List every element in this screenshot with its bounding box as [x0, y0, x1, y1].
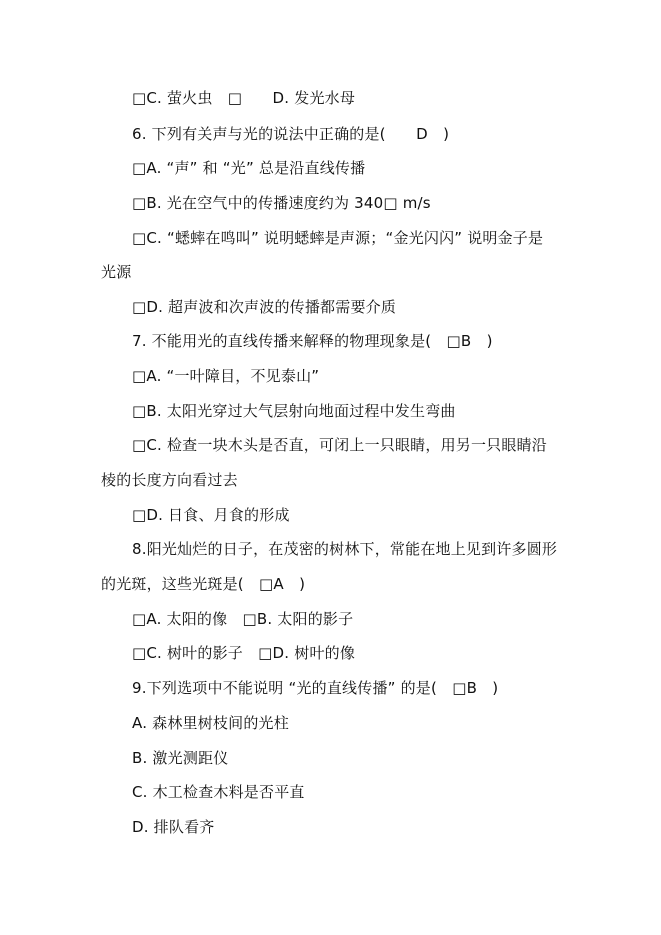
q6-option-a: □A. “声” 和 “光” 总是沿直线传播: [132, 158, 365, 178]
question-8-line2: 的光斑，这些光斑是( □A ): [101, 574, 305, 594]
q7-option-c-line2: 棱的长度方向看过去: [101, 470, 238, 490]
q7-option-c-line1: □C. 检查一块木头是否直，可闭上一只眼睛，用另一只眼睛沿: [132, 435, 547, 455]
question-8-line1: 8.阳光灿烂的日子，在茂密的树林下，常能在地上见到许多圆形: [132, 539, 557, 559]
q9-option-a: A. 森林里树枝间的光柱: [132, 713, 289, 733]
q9-option-d: D. 排队看齐: [132, 817, 215, 837]
question-9: 9.下列选项中不能说明 “光的直线传播” 的是( □B ): [132, 678, 498, 698]
q6-option-d: □D. 超声波和次声波的传播都需要介质: [132, 297, 396, 317]
q7-option-a: □A. “一叶障目，不见泰山”: [132, 366, 319, 386]
q6-option-b: □B. 光在空气中的传播速度约为 340□ m/s: [132, 193, 431, 213]
q7-option-b: □B. 太阳光穿过大气层射向地面过程中发生弯曲: [132, 401, 456, 421]
document-page: □C. 萤火虫 □ D. 发光水母 6. 下列有关声与光的说法中正确的是( D …: [0, 0, 661, 935]
q9-option-b: B. 激光测距仪: [132, 748, 228, 768]
q9-option-c: C. 木工检查木料是否平直: [132, 782, 305, 802]
question-7: 7. 不能用光的直线传播来解释的物理现象是( □B ): [132, 331, 493, 351]
question-6: 6. 下列有关声与光的说法中正确的是( D ): [132, 124, 449, 144]
q5-option-c-d: □C. 萤火虫 □ D. 发光水母: [132, 88, 355, 108]
q8-options-a-b: □A. 太阳的像 □B. 太阳的影子: [132, 609, 353, 629]
q8-options-c-d: □C. 树叶的影子 □D. 树叶的像: [132, 643, 355, 663]
q7-option-d: □D. 日食、月食的形成: [132, 505, 290, 525]
q6-option-c-line2: 光源: [101, 262, 131, 282]
q6-option-c-line1: □C. “蟋蟀在鸣叫” 说明蟋蟀是声源；“金光闪闪” 说明金子是: [132, 228, 543, 248]
